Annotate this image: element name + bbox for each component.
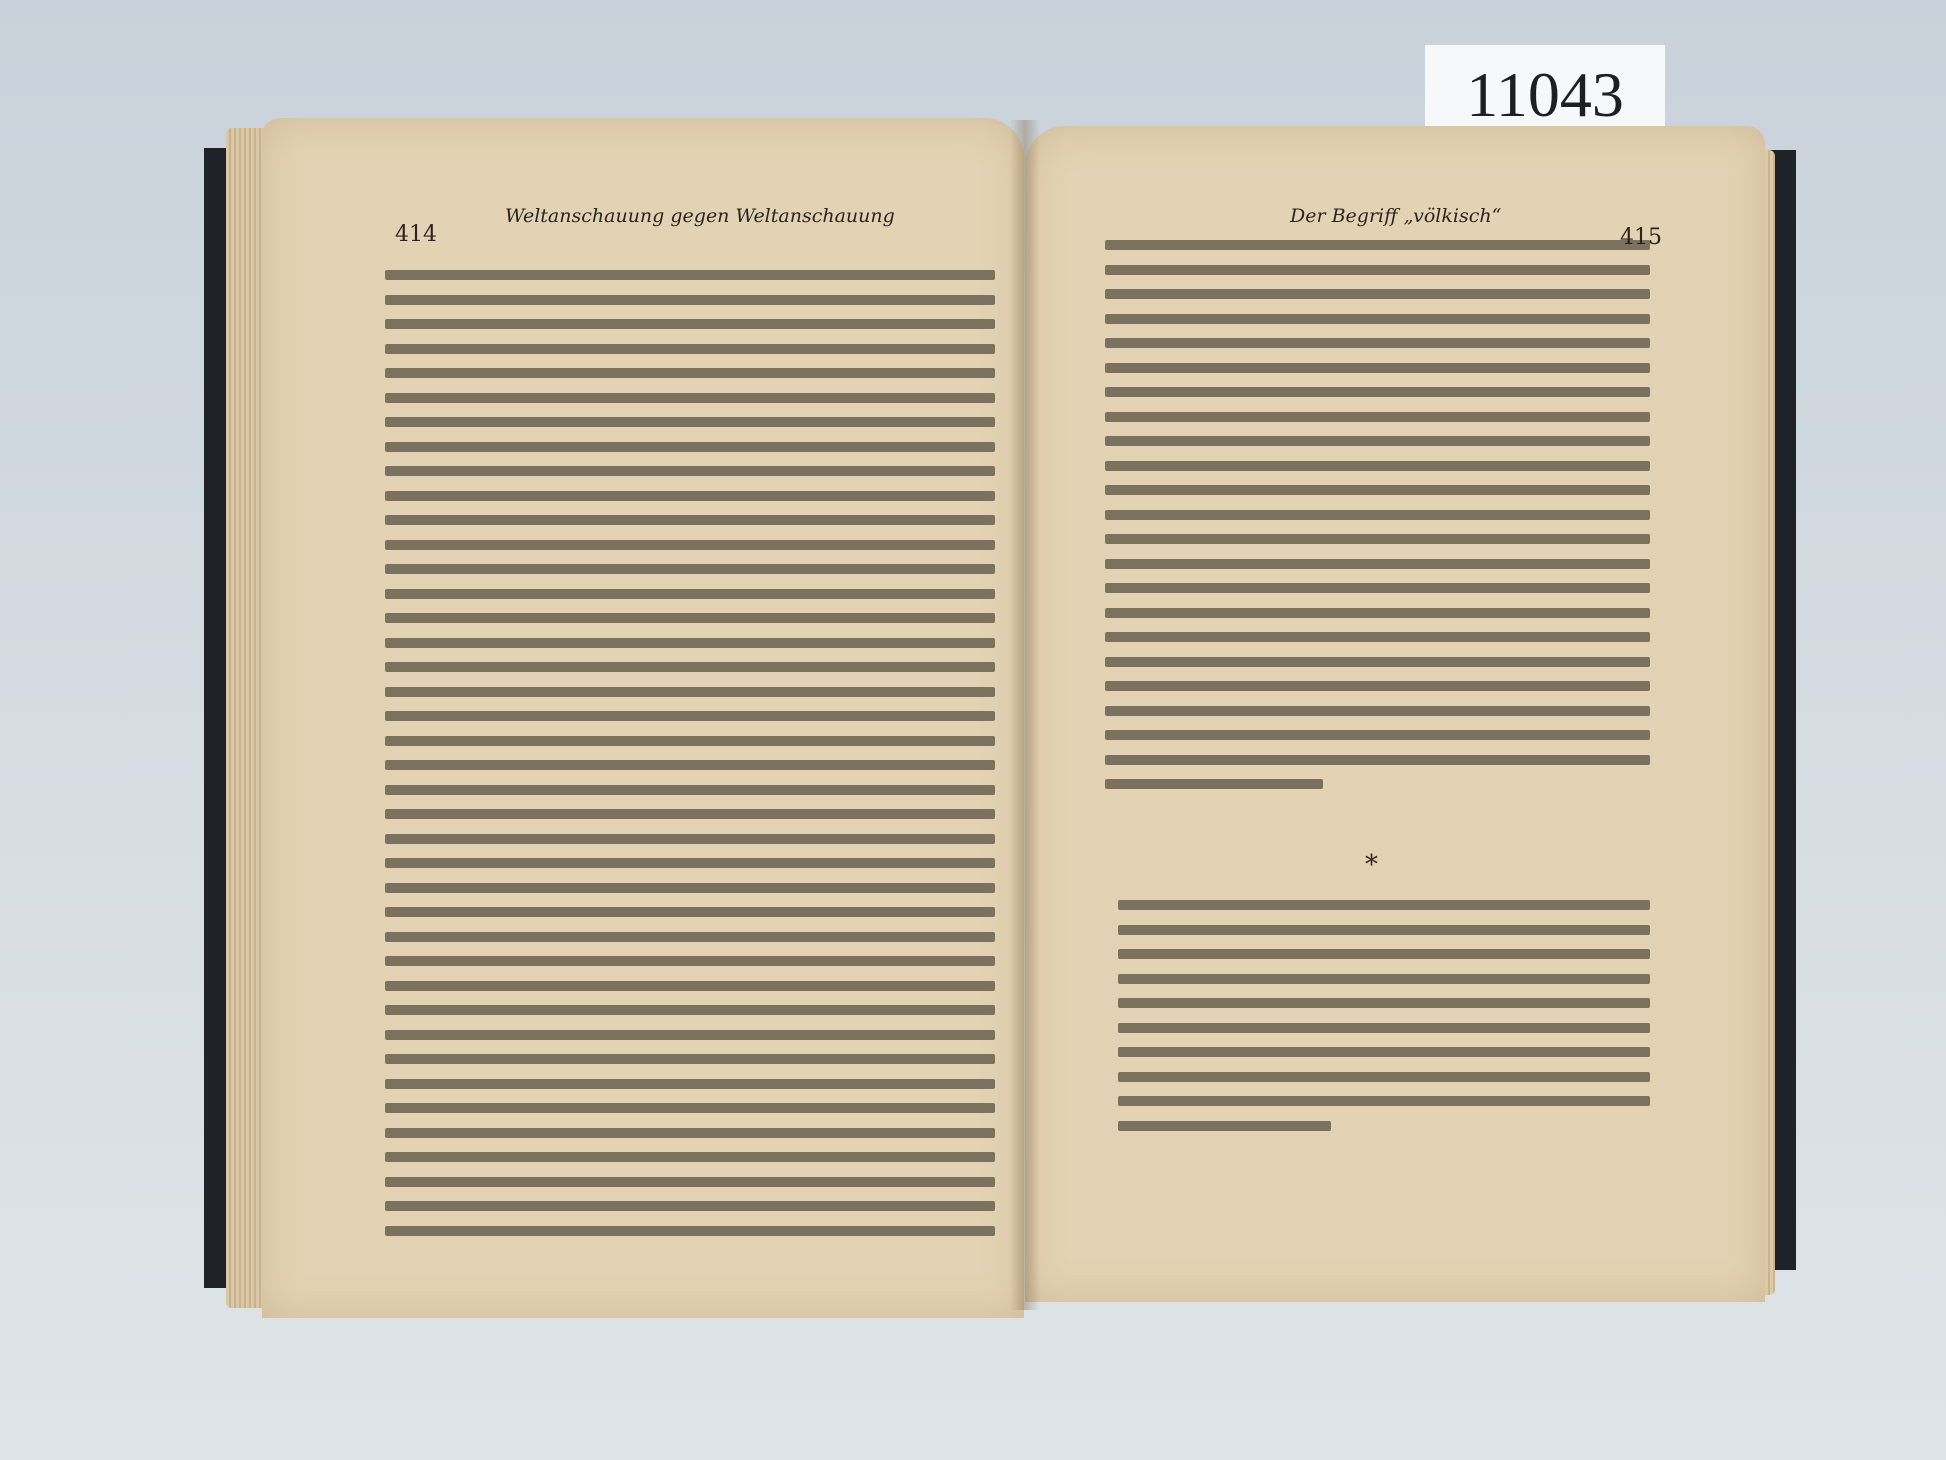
text-line [385, 711, 995, 721]
text-line [385, 589, 995, 599]
text-line [385, 1226, 995, 1236]
text-line [385, 736, 995, 746]
text-line [1105, 338, 1650, 348]
text-line [385, 662, 995, 672]
text-line [1105, 387, 1650, 397]
text-line [385, 883, 995, 893]
text-line [385, 368, 995, 378]
text-line [1105, 510, 1650, 520]
text-line [1118, 1121, 1331, 1131]
text-line [1105, 583, 1650, 593]
text-line [1105, 657, 1650, 667]
text-line [385, 907, 995, 917]
text-line [385, 466, 995, 476]
text-line [1105, 534, 1650, 544]
text-line [385, 760, 995, 770]
text-line [1118, 1072, 1650, 1082]
text-line [385, 981, 995, 991]
text-line [385, 1030, 995, 1040]
text-line [385, 956, 995, 966]
text-line [1105, 706, 1650, 716]
text-line [385, 858, 995, 868]
text-line [1105, 240, 1650, 250]
text-line [1118, 925, 1650, 935]
text-line [385, 1103, 995, 1113]
left-page-number: 414 [395, 222, 437, 247]
text-line [385, 638, 995, 648]
text-line [1118, 949, 1650, 959]
text-line [1118, 900, 1650, 910]
text-line [385, 834, 995, 844]
text-line [1105, 779, 1323, 789]
text-line [385, 1201, 995, 1211]
text-line [385, 1054, 995, 1064]
book-gutter [1010, 120, 1040, 1310]
text-line [1118, 974, 1650, 984]
text-line [1105, 314, 1650, 324]
page-edges-left [226, 128, 266, 1308]
text-line [385, 613, 995, 623]
text-line [1105, 730, 1650, 740]
text-line [385, 442, 995, 452]
text-line [385, 270, 995, 280]
text-line [1105, 289, 1650, 299]
text-line [1105, 412, 1650, 422]
text-line [385, 515, 995, 525]
text-line [385, 417, 995, 427]
text-line [1118, 1047, 1650, 1057]
text-line [1118, 1023, 1650, 1033]
text-line [1105, 485, 1650, 495]
text-line [1105, 559, 1650, 569]
text-line [1118, 1096, 1650, 1106]
text-line [385, 785, 995, 795]
text-line [385, 540, 995, 550]
text-line [385, 1177, 995, 1187]
text-line [1105, 755, 1650, 765]
right-page-body-text-upper [1105, 240, 1650, 804]
text-line [1105, 265, 1650, 275]
text-line [1105, 681, 1650, 691]
section-divider: * [1365, 850, 1378, 880]
text-line [385, 1152, 995, 1162]
text-line [385, 319, 995, 329]
text-line [1118, 998, 1650, 1008]
text-line [385, 564, 995, 574]
text-line [1105, 608, 1650, 618]
text-line [1105, 436, 1650, 446]
left-running-header: Weltanschauung gegen Weltanschauung [505, 205, 895, 227]
text-line [385, 809, 995, 819]
text-line [385, 491, 995, 501]
text-line [385, 932, 995, 942]
text-line [385, 1079, 995, 1089]
text-line [385, 687, 995, 697]
left-page-body-text [385, 270, 995, 1250]
text-line [1105, 461, 1650, 471]
text-line [385, 1005, 995, 1015]
right-page-body-text-lower [1118, 900, 1650, 1145]
text-line [1105, 363, 1650, 373]
text-line [385, 344, 995, 354]
text-line [385, 295, 995, 305]
text-line [1105, 632, 1650, 642]
text-line [385, 1128, 995, 1138]
text-line [385, 393, 995, 403]
right-running-header: Der Begriff „völkisch“ [1290, 205, 1501, 227]
